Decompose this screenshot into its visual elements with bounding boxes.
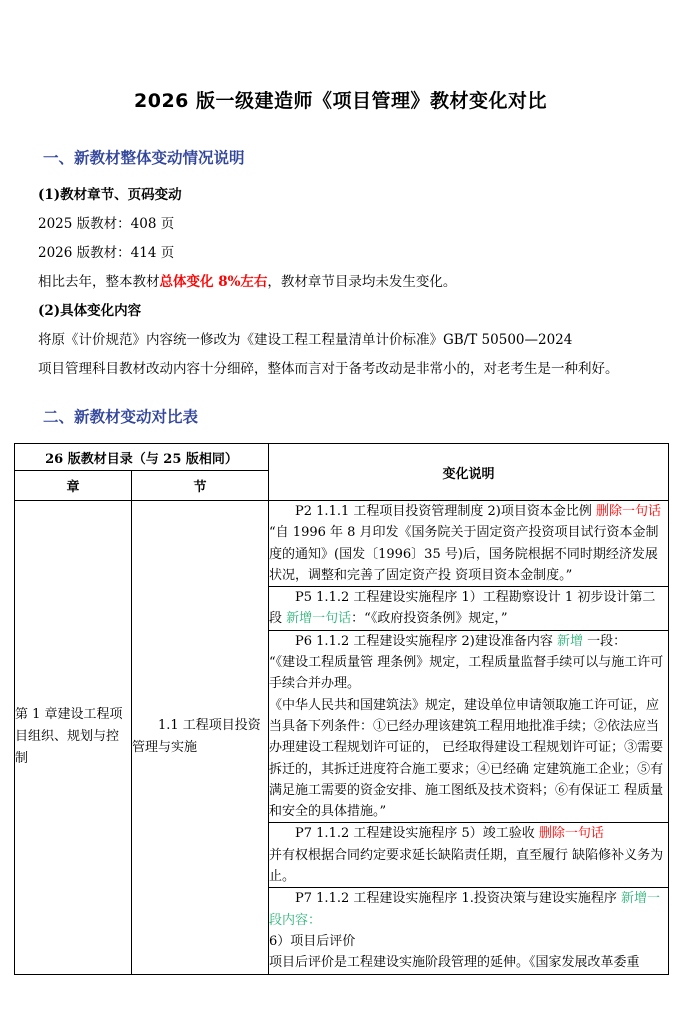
change-paragraph: 项目后评价是工程建设实施阶段管理的延伸。《国家发展改革委重 (269, 952, 668, 973)
overall-change-prefix: 相比去年，整本教材 (38, 274, 160, 290)
change-paragraph: 6）项目后评价 (269, 931, 668, 952)
intro-block: (1)教材章节、页码变动 2025 版教材：408 页 2026 版教材：414… (13, 181, 653, 384)
change-text: P6 1.1.2 工程建设实施程序 2)建设准备内容 (295, 634, 557, 649)
change-paragraph: 《中华人民共和国建筑法》规定，建设单位申请领取施工许可证，应当具备下列条件：①已… (269, 695, 668, 823)
change-text: “自 1996 年 8 月印发《国务院关于固定资产投资项目试行资本金制度的通知》… (269, 525, 659, 583)
change-text: 一段： (583, 634, 626, 649)
change-paragraph: P2 1.1.1 工程项目投资管理制度 2)项目资本金比例 删除一句话 (269, 501, 668, 522)
page-title: 2026 版一级建造师《项目管理》教材变化对比 (0, 0, 681, 113)
pages-2025-line: 2025 版教材：408 页 (13, 210, 653, 239)
sub1-heading: (1)教材章节、页码变动 (13, 181, 653, 210)
change-paragraph: P5 1.1.2 工程建设实施程序 1）工程勘察设计 1 初步设计第二段 新增一… (269, 587, 668, 630)
change-text: 项目后评价是工程建设实施阶段管理的延伸。《国家发展改革委重 (269, 955, 640, 970)
table-row: 第 1 章建设工程项目组织、规划与控制 1.1 工程项目投资管理与实施 P2 1… (15, 501, 669, 587)
change-text: P7 1.1.2 工程建设实施程序 5）竣工验收 (295, 826, 539, 841)
change-paragraph: “自 1996 年 8 月印发《国务院关于固定资产投资项目试行资本金制度的通知》… (269, 522, 668, 586)
change-text: “《建设工程质量管 理条例》规定，工程质量监督手续可以与施工许可手续合并办理。 (269, 655, 663, 691)
section-header: 节 (132, 471, 269, 501)
chapter-header: 章 (15, 471, 132, 501)
change-highlight-text: 新增一句话 (286, 611, 351, 626)
change-text: ：“《政府投资条例》规定，” (351, 611, 507, 626)
change-text: P7 1.1.2 工程建设实施程序 1.投资决策与建设实施程序 (295, 891, 621, 906)
document-page: 2026 版一级建造师《项目管理》教材变化对比 一、新教材整体变动情况说明 (1… (0, 0, 681, 1018)
catalog-header: 26 版教材目录（与 25 版相同） (15, 444, 269, 471)
section2-heading: 二、新教材变动对比表 (43, 405, 681, 427)
pages-2026-line: 2026 版教材：414 页 (13, 239, 653, 268)
section1-heading: 一、新教材整体变动情况说明 (43, 146, 681, 168)
change-paragraph: P7 1.1.2 工程建设实施程序 5）竣工验收 删除一句话 (269, 823, 668, 844)
section-cell: 1.1 工程项目投资管理与实施 (132, 501, 269, 975)
chapter-cell: 第 1 章建设工程项目组织、规划与控制 (15, 501, 132, 975)
change-text: 《中华人民共和国建筑法》规定，建设单位申请领取施工许可证，应当具备下列条件：①已… (269, 698, 663, 819)
change-paragraph: P6 1.1.2 工程建设实施程序 2)建设准备内容 新增 一段： (269, 631, 668, 652)
change-highlight-text: 删除一句话 (539, 826, 604, 841)
change-highlight-text: 新增 (557, 634, 583, 649)
minor-change-paragraph: 项目管理科目教材改动内容十分细碎，整体而言对于备考改动是非常小的，对老考生是一种… (13, 355, 653, 384)
change-paragraph: 并有权根据合同约定要求延长缺陷责任期，直至履行 缺陷修补义务为止。 (269, 845, 668, 888)
change-comparison-table: 26 版教材目录（与 25 版相同） 变化说明 章 节 第 1 章建设工程项目组… (14, 443, 669, 975)
table-header-row-1: 26 版教材目录（与 25 版相同） 变化说明 (15, 444, 669, 471)
overall-change-highlight: 总体变化 8%左右 (160, 274, 268, 290)
change-text: P2 1.1.1 工程项目投资管理制度 2)项目资本金比例 (295, 504, 596, 519)
overall-change-line: 相比去年，整本教材总体变化 8%左右，教材章节目录均未发生变化。 (13, 268, 653, 297)
change-cell: P6 1.1.2 工程建设实施程序 2)建设准备内容 新增 一段：“《建设工程质… (269, 630, 669, 823)
change-text: 并有权根据合同约定要求延长缺陷责任期，直至履行 缺陷修补义务为止。 (269, 848, 663, 884)
overall-change-suffix: ，教材章节目录均未发生变化。 (267, 274, 456, 290)
sub2-heading: (2)具体变化内容 (13, 297, 653, 326)
change-cell: P7 1.1.2 工程建设实施程序 1.投资决策与建设实施程序 新增一段内容：6… (269, 888, 669, 974)
change-cell: P5 1.1.2 工程建设实施程序 1）工程勘察设计 1 初步设计第二段 新增一… (269, 587, 669, 631)
change-paragraph: P7 1.1.2 工程建设实施程序 1.投资决策与建设实施程序 新增一段内容： (269, 888, 668, 931)
change-text: 6）项目后评价 (269, 934, 355, 949)
change-cell: P7 1.1.2 工程建设实施程序 5）竣工验收 删除一句话并有权根据合同约定要… (269, 823, 669, 888)
change-cell: P2 1.1.1 工程项目投资管理制度 2)项目资本金比例 删除一句话“自 19… (269, 501, 669, 587)
change-header: 变化说明 (269, 444, 669, 501)
change-paragraph: “《建设工程质量管 理条例》规定，工程质量监督手续可以与施工许可手续合并办理。 (269, 652, 668, 695)
standard-change-paragraph: 将原《计价规范》内容统一修改为《建设工程工程量清单计价标准》GB/T 50500… (13, 326, 653, 355)
change-highlight-text: 删除一句话 (596, 504, 661, 519)
